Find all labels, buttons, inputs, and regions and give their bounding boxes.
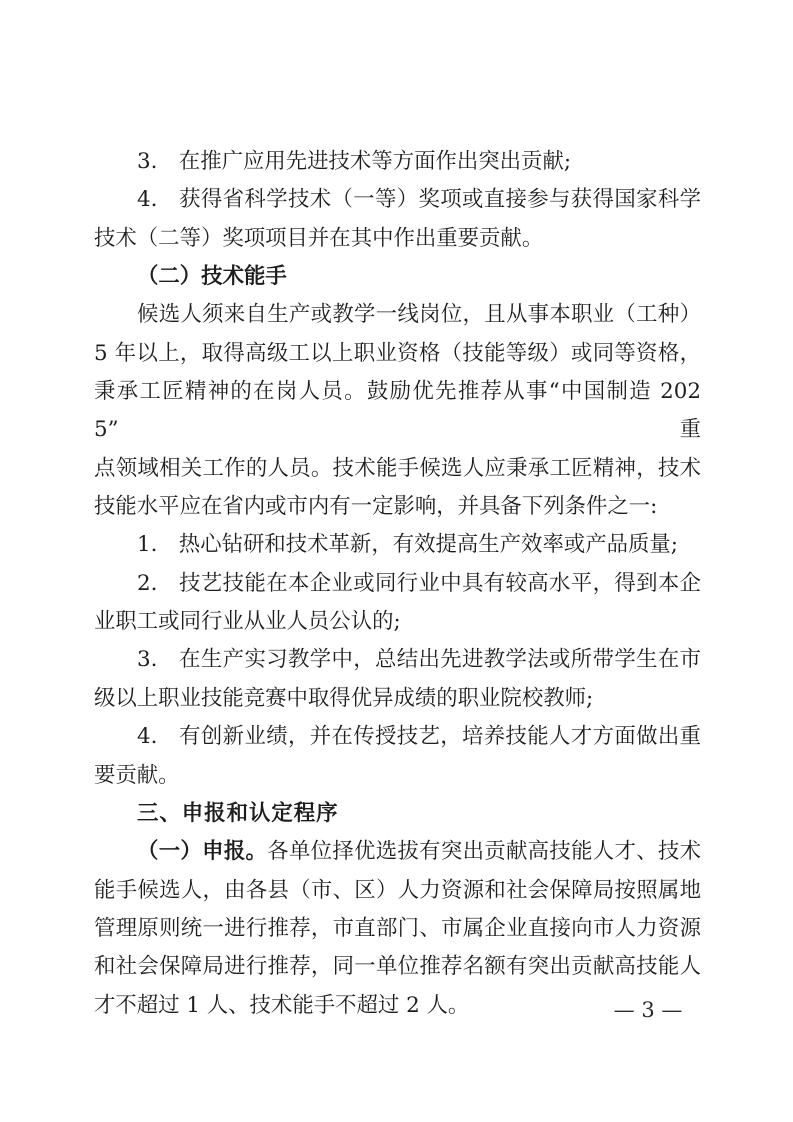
text-line-item-2-cont: 业职工或同行业从业人员公认的; — [94, 603, 701, 641]
text-line-paragraph-end: 技能水平应在省内或市内有一定影响，并具备下列条件之一: — [94, 488, 701, 526]
document-text-block: 3. 在推广应用先进技术等方面作出突出贡献; 4. 获得省科学技术（一等）奖项或… — [94, 143, 701, 1025]
document-page: 3. 在推广应用先进技术等方面作出突出贡献; 4. 获得省科学技术（一等）奖项或… — [0, 0, 793, 1122]
text-line-item-4: 4. 获得省科学技术（一等）奖项或直接参与获得国家科学 — [94, 181, 701, 219]
heading-technical-expert: （二）技术能手 — [94, 258, 701, 296]
text-line-paragraph: 5 年以上，取得高级工以上职业资格（技能等级）或同等资格， — [94, 335, 701, 373]
text-line-declaration-body: 各单位择优选拔有突出贡献高技能人才、技术 — [267, 839, 701, 864]
text-line-paragraph: 能手候选人，由各县（市、区）人力资源和社会保障局按照属地 — [94, 872, 701, 910]
text-line-item-4b-cont: 要贡献。 — [94, 757, 701, 795]
heading-section-three: 三、申报和认定程序 — [94, 795, 701, 833]
text-line-paragraph: 点领域相关工作的人员。技术能手候选人应秉承工匠精神，技术 — [94, 450, 701, 488]
text-line-item-4b: 4. 有创新业绩，并在传授技艺，培养技能人才方面做出重 — [94, 718, 701, 756]
text-line-item-3b: 3. 在生产实习教学中，总结出先进教学法或所带学生在市 — [94, 641, 701, 679]
text-line-item-4-cont: 技术（二等）奖项项目并在其中作出重要贡献。 — [94, 220, 701, 258]
page-number: — 3 — — [608, 997, 688, 1023]
text-line-paragraph: 和社会保障局进行推荐，同一单位推荐名额有突出贡献高技能人 — [94, 948, 701, 986]
text-line-item-3b-cont: 级以上职业技能竞赛中取得优异成绩的职业院校教师; — [94, 680, 701, 718]
heading-declaration-prefix: （一）申报。 — [137, 839, 267, 864]
text-line-declaration: （一）申报。各单位择优选拔有突出贡献高技能人才、技术 — [94, 833, 701, 871]
text-line-item-2: 2. 技艺技能在本企业或同行业中具有较高水平，得到本企 — [94, 565, 701, 603]
text-line-paragraph: 秉承工匠精神的在岗人员。鼓励优先推荐从事“中国制造 2025”重 — [94, 373, 701, 450]
text-line-paragraph: 候选人须来自生产或教学一线岗位，且从事本职业（工种） — [94, 296, 701, 334]
text-line-paragraph: 管理原则统一进行推荐，市直部门、市属企业直接向市人力资源 — [94, 910, 701, 948]
text-line-item-3: 3. 在推广应用先进技术等方面作出突出贡献; — [94, 143, 701, 181]
text-line-item-1: 1. 热心钻研和技术革新，有效提高生产效率或产品质量; — [94, 526, 701, 564]
